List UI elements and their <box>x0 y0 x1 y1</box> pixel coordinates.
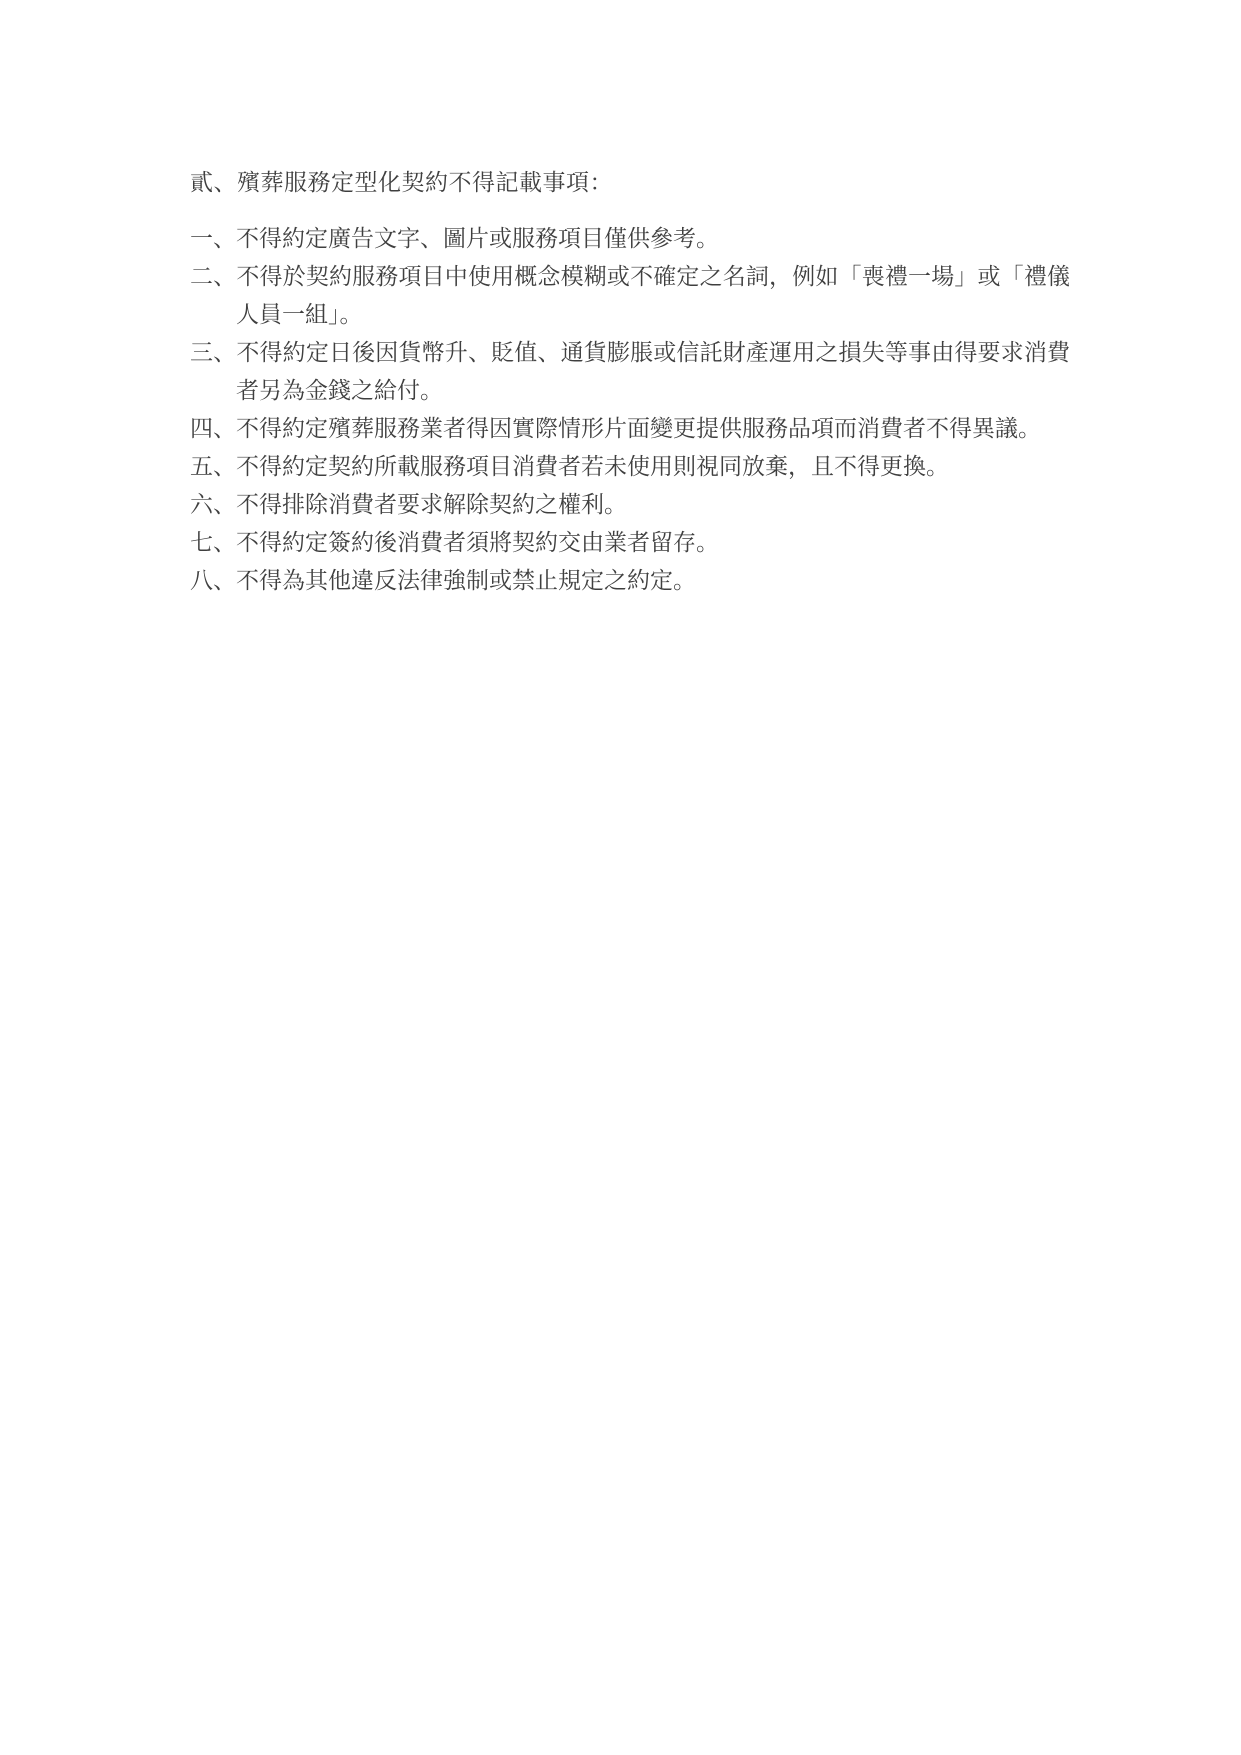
item-text: 不得約定契約所載服務項目消費者若未使用則視同放棄，且不得更換。 <box>236 454 949 479</box>
item-text: 不得於契約服務項目中使用概念模糊或不確定之名詞，例如「喪禮一場」或「禮儀人員一組… <box>236 264 1070 327</box>
item-number: 五、 <box>190 454 236 479</box>
list-item: 六、不得排除消費者要求解除契約之權利。 <box>190 486 1070 524</box>
item-text: 不得約定日後因貨幣升、貶值、通貨膨脹或信託財產運用之損失等事由得要求消費者另為金… <box>236 340 1070 403</box>
item-text: 不得約定廣告文字、圖片或服務項目僅供參考。 <box>236 226 719 251</box>
item-text: 不得約定殯葬服務業者得因實際情形片面變更提供服務品項而消費者不得異議。 <box>236 416 1041 441</box>
list-item: 三、不得約定日後因貨幣升、貶值、通貨膨脹或信託財產運用之損失等事由得要求消費者另… <box>190 334 1070 410</box>
prohibited-items-list: 一、不得約定廣告文字、圖片或服務項目僅供參考。 二、不得於契約服務項目中使用概念… <box>190 220 1070 600</box>
item-text: 不得約定簽約後消費者須將契約交由業者留存。 <box>236 530 719 555</box>
list-item: 四、不得約定殯葬服務業者得因實際情形片面變更提供服務品項而消費者不得異議。 <box>190 410 1070 448</box>
item-number: 七、 <box>190 530 236 555</box>
item-number: 四、 <box>190 416 236 441</box>
item-number: 八、 <box>190 568 236 593</box>
item-text: 不得為其他違反法律強制或禁止規定之約定。 <box>236 568 696 593</box>
item-text: 不得排除消費者要求解除契約之權利。 <box>236 492 627 517</box>
document-page: 貳、殯葬服務定型化契約不得記載事項： 一、不得約定廣告文字、圖片或服務項目僅供參… <box>0 0 1241 1755</box>
item-number: 一、 <box>190 226 236 251</box>
item-number: 二、 <box>190 264 236 289</box>
list-item: 七、不得約定簽約後消費者須將契約交由業者留存。 <box>190 524 1070 562</box>
document-title: 貳、殯葬服務定型化契約不得記載事項： <box>190 164 1241 202</box>
list-item: 八、不得為其他違反法律強制或禁止規定之約定。 <box>190 562 1070 600</box>
list-item: 五、不得約定契約所載服務項目消費者若未使用則視同放棄，且不得更換。 <box>190 448 1070 486</box>
list-item: 二、不得於契約服務項目中使用概念模糊或不確定之名詞，例如「喪禮一場」或「禮儀人員… <box>190 258 1070 334</box>
item-number: 六、 <box>190 492 236 517</box>
list-item: 一、不得約定廣告文字、圖片或服務項目僅供參考。 <box>190 220 1070 258</box>
item-number: 三、 <box>190 340 236 365</box>
